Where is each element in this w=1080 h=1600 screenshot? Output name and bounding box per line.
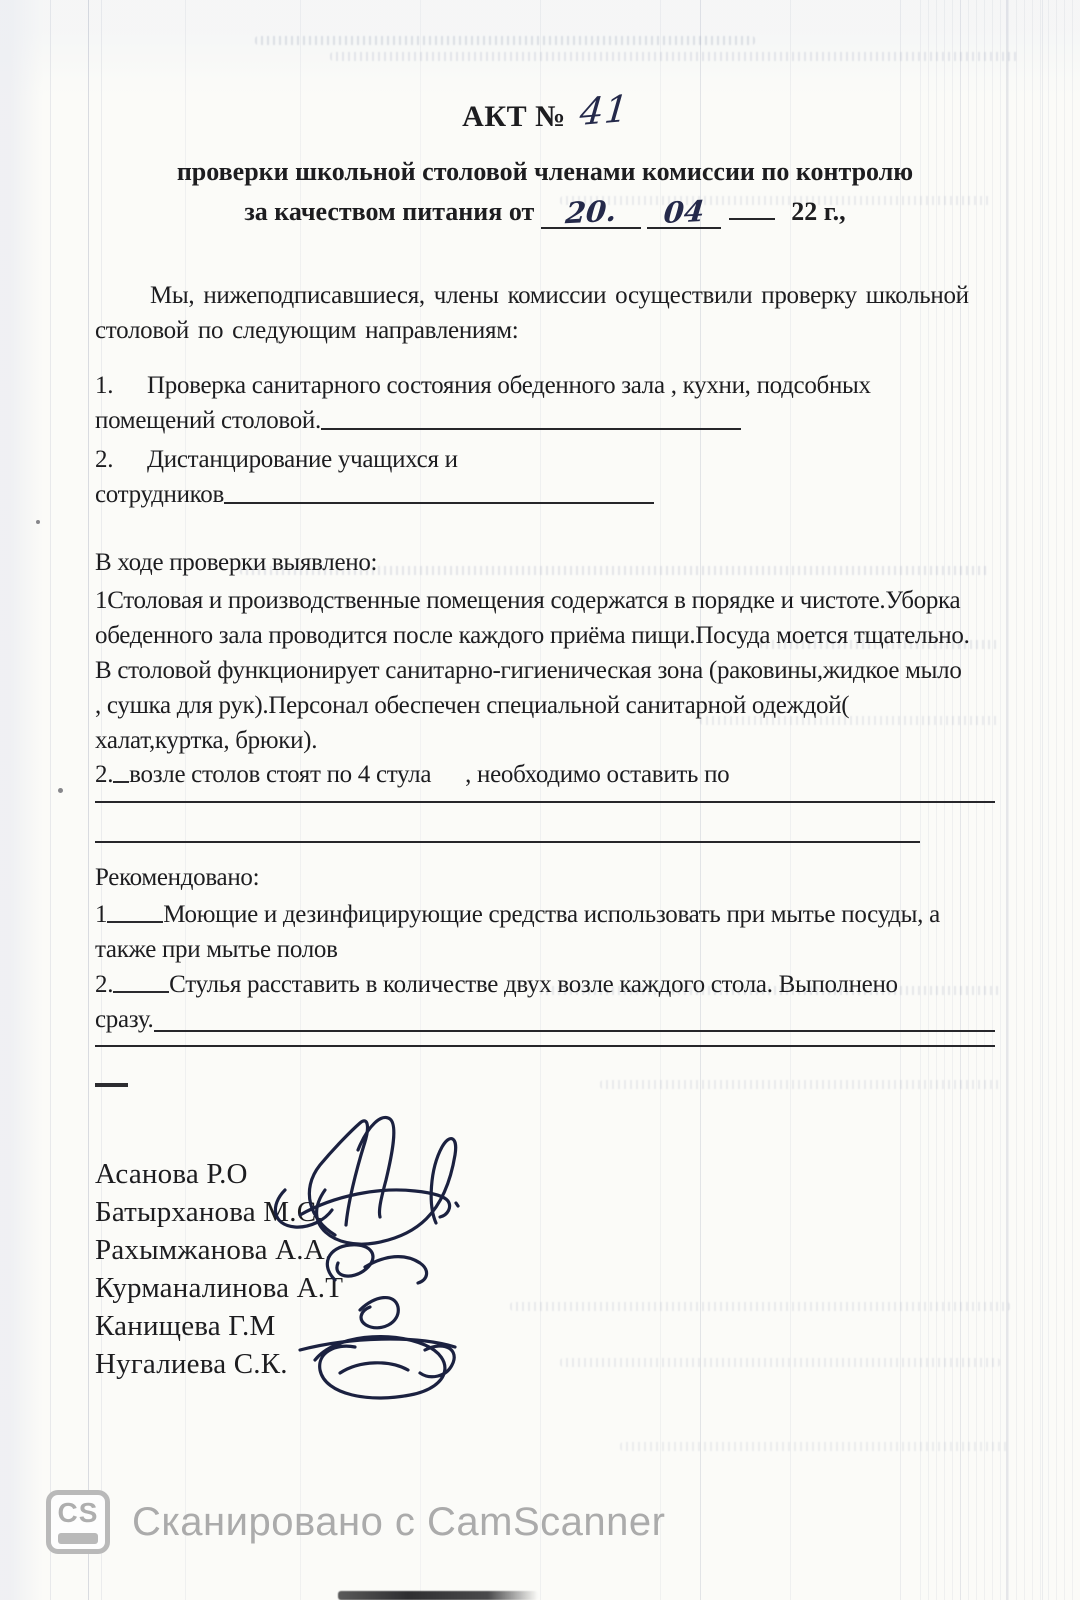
camscanner-logo-bar xyxy=(58,1533,98,1544)
direction-item-2: 2.Дистанцирование учащихся и сотрудников xyxy=(95,442,995,512)
bleedthrough-band xyxy=(620,1442,1010,1451)
blank-fill-line xyxy=(107,921,163,923)
item-text: Стулья расставить в количестве двух возл… xyxy=(169,971,898,998)
date-prefix: за качеством питания от xyxy=(244,197,534,226)
signature-name: Нугалиева С.К. xyxy=(95,1345,995,1383)
item-text: сотрудников xyxy=(95,481,224,508)
blank-rule-line xyxy=(95,801,995,803)
short-dash-mark xyxy=(95,1083,128,1087)
date-handwritten-month: 04 xyxy=(662,194,706,230)
signature-name: Батырханова М.С. xyxy=(95,1193,995,1231)
camscanner-logo-letters: CS xyxy=(51,1497,105,1529)
item-number: 2. xyxy=(95,761,113,788)
camscanner-text: Сканировано с CamScanner xyxy=(132,1500,665,1545)
item-text: помещений столовой. xyxy=(95,407,321,434)
findings-line: 1Столовая и производственные помещения с… xyxy=(95,583,995,618)
date-blank-segment xyxy=(729,218,775,220)
bleedthrough-band xyxy=(330,52,1020,61)
item-text: сразу. xyxy=(95,1002,154,1037)
findings-line: , сушка для рук).Персонал обеспечен спец… xyxy=(95,688,995,723)
blank-fill-line xyxy=(154,1030,996,1032)
camscanner-logo-icon: CS xyxy=(46,1490,110,1554)
item-text: Моющие и дезинфицирующие средства исполь… xyxy=(163,901,940,928)
item-text: Дистанцирование учащихся и xyxy=(147,446,458,473)
subtitle-line1: проверки школьной столовой членами комис… xyxy=(95,157,995,187)
scanned-document-page: АКТ №41 проверки школьной столовой члена… xyxy=(0,0,1080,1600)
date-blank-segment: 20. xyxy=(541,193,641,229)
date-blank-segment: 04 xyxy=(647,193,721,229)
recommendations-header: Рекомендовано: xyxy=(95,860,995,895)
intro-line: столовой по следующим направлениям: xyxy=(95,313,995,348)
blank-fill-line xyxy=(113,991,169,993)
findings-paragraph: 1Столовая и производственные помещения с… xyxy=(95,583,995,758)
findings-line: В столовой функционирует санитарно-гигие… xyxy=(95,653,995,688)
recommendation-item-1: 1Моющие и дезинфицирующие средства испол… xyxy=(95,897,995,967)
item-text: Проверка санитарного состояния обеденног… xyxy=(147,372,871,399)
item-number: 2. xyxy=(95,971,113,998)
item-text: также при мытье полов xyxy=(95,932,995,967)
recommendation-item-2: 2.Стулья расставить в количестве двух во… xyxy=(95,967,995,1037)
bleedthrough-band xyxy=(255,36,755,45)
blank-fill-line xyxy=(321,428,741,430)
signature-name: Асанова Р.О xyxy=(95,1155,995,1193)
findings-header: В ходе проверки выявлено: xyxy=(95,545,995,580)
item-number: 2. xyxy=(95,442,147,477)
title-prefix: АКТ № xyxy=(462,100,566,133)
blank-fill-line xyxy=(113,781,129,783)
item-number: 1. xyxy=(95,368,147,403)
signature-name: Рахымжанова А.А. xyxy=(95,1231,995,1269)
bottom-scan-edge xyxy=(338,1591,538,1600)
title-number-handwritten: 41 xyxy=(578,87,630,134)
item-number: 1 xyxy=(95,901,107,928)
findings-line: обеденного зала проводится после каждого… xyxy=(95,618,995,653)
date-handwritten-day: 20. xyxy=(564,194,618,231)
document-title: АКТ №41 xyxy=(95,92,995,135)
intro-paragraph: Мы, нижеподписавшиеся, члены комиссии ос… xyxy=(95,278,995,348)
bleedthrough-band xyxy=(600,1080,1000,1089)
blank-rule-line xyxy=(95,841,920,843)
blank-rule-line xyxy=(95,1045,995,1047)
signature-name: Канищева Г.М xyxy=(95,1307,995,1345)
item-text: возле столов стоят по 4 стула xyxy=(129,761,431,788)
scan-speck xyxy=(36,520,40,524)
direction-item-1: 1.Проверка санитарного состояния обеденн… xyxy=(95,368,995,438)
signature-name: Курманалинова А.Т xyxy=(95,1269,995,1307)
intro-line: Мы, нижеподписавшиеся, члены комиссии ос… xyxy=(95,278,995,313)
finding-item-2: 2.возле столов стоят по 4 стула, необход… xyxy=(95,757,995,792)
findings-line: халат,куртка, брюки). xyxy=(95,723,995,758)
camscanner-footer: CS Сканировано с CamScanner xyxy=(46,1490,665,1554)
blank-fill-line xyxy=(224,502,654,504)
date-suffix: 22 г., xyxy=(791,197,845,226)
subtitle-date-line: за качеством питания от 20.04 22 г., xyxy=(95,193,995,229)
scan-speck xyxy=(58,788,63,793)
signatories-list: Асанова Р.О Батырханова М.С. Рахымжанова… xyxy=(95,1155,995,1383)
item-text: , необходимо оставить по xyxy=(465,761,729,788)
